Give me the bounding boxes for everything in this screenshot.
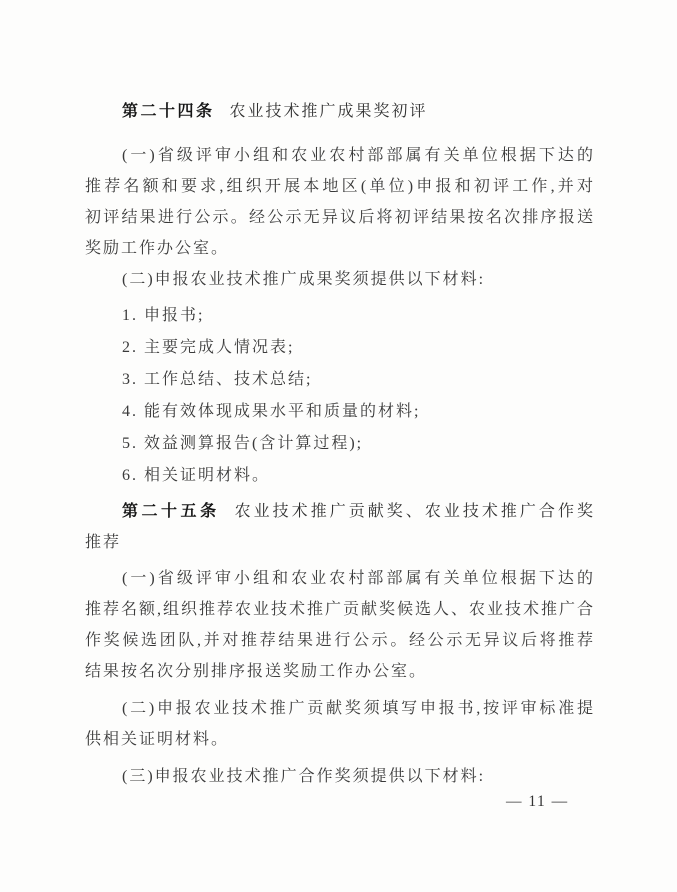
article-25-heading: 第二十五条农业技术推广贡献奖、农业技术推广合作奖 [85,496,595,527]
article-25-title-line-1: 农业技术推广贡献奖、农业技术推广合作奖 [235,503,595,520]
article-24-number: 第二十四条 [122,103,215,120]
article-25-para-3-line-1: (三)申报农业技术推广合作奖须提供以下材料: [85,761,595,792]
article-24-para-1-line-4: 奖励工作办公室。 [85,233,595,264]
list-item-6: 6. 相关证明材料。 [85,460,595,492]
page-number: — 11 — [506,792,569,812]
list-item-2: 2. 主要完成人情况表; [85,332,595,364]
article-25-para-2-line-1: (二)申报农业技术推广贡献奖须填写申报书,按评审标准提 [85,693,595,724]
article-24-para-1-line-3: 初评结果进行公示。经公示无异议后将初评结果按名次排序报送 [85,202,595,233]
article-24-para-2-line-1: (二)申报农业技术推广成果奖须提供以下材料: [85,264,595,295]
article-25-para-1-line-3: 作奖候选团队,并对推荐结果进行公示。经公示无异议后将推荐 [85,625,595,656]
article-25-title-line-2: 推荐 [85,527,595,558]
article-25-para-2-line-2: 供相关证明材料。 [85,724,595,755]
article-24-para-1-line-2: 推荐名额和要求,组织开展本地区(单位)申报和初评工作,并对 [85,171,595,202]
article-25-para-1-line-4: 结果按名次分别排序报送奖励工作办公室。 [85,656,595,687]
list-item-1: 1. 申报书; [85,300,595,332]
document-content: 第二十四条农业技术推广成果奖初评 (一)省级评审小组和农业农村部部属有关单位根据… [85,0,595,792]
list-item-5: 5. 效益测算报告(含计算过程); [85,428,595,460]
article-25-number: 第二十五条 [122,503,220,520]
article-24-heading: 第二十四条农业技术推广成果奖初评 [85,96,595,127]
article-25-para-1-line-1: (一)省级评审小组和农业农村部部属有关单位根据下达的 [85,563,595,594]
list-item-4: 4. 能有效体现成果水平和质量的材料; [85,396,595,428]
list-item-3: 3. 工作总结、技术总结; [85,364,595,396]
document-page: 第二十四条农业技术推广成果奖初评 (一)省级评审小组和农业农村部部属有关单位根据… [0,0,677,892]
article-25-para-1-line-2: 推荐名额,组织推荐农业技术推广贡献奖候选人、农业技术推广合 [85,594,595,625]
article-24-title: 农业技术推广成果奖初评 [230,103,428,120]
article-24-para-1-line-1: (一)省级评审小组和农业农村部部属有关单位根据下达的 [85,140,595,171]
